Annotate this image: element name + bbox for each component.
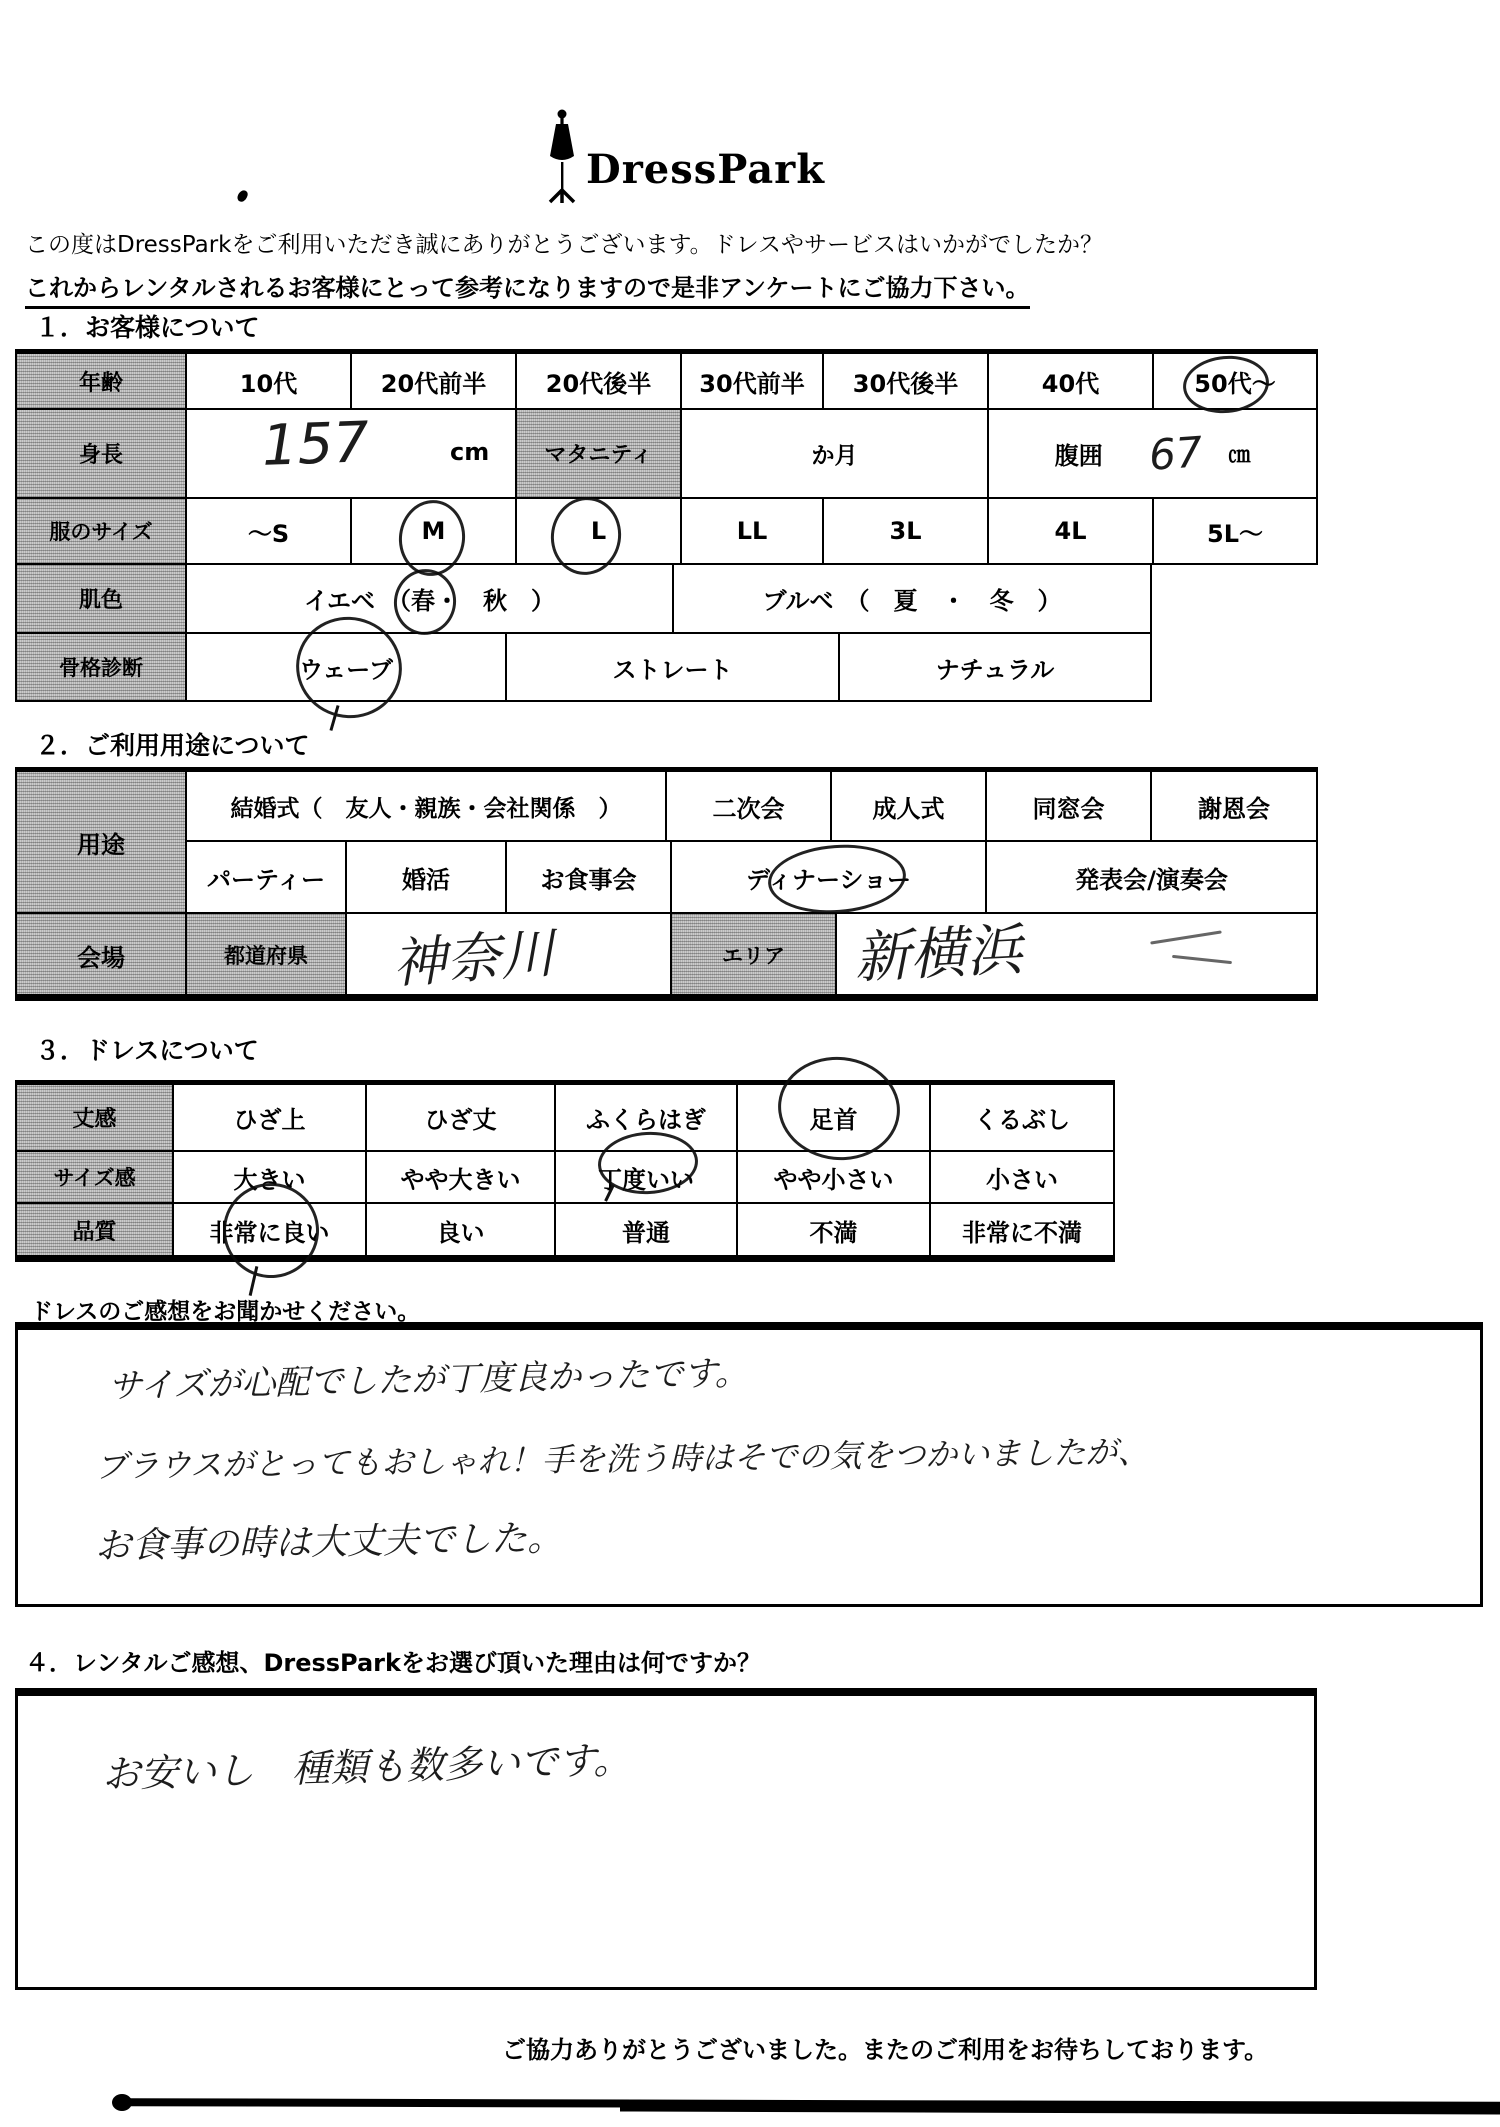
length-above-knee: ひざ上 — [172, 1083, 367, 1152]
size-option-5l: 5L〜 — [1152, 497, 1318, 565]
length-row-label: 丈感 — [15, 1083, 174, 1152]
maternity-months-cell: か月 — [680, 408, 989, 499]
prefecture-label: 都道府県 — [185, 912, 347, 998]
brand-logo-text: DressPark — [586, 146, 825, 193]
bone-option-straight: ストレート — [505, 632, 840, 702]
size-option-s: 〜S — [185, 497, 352, 565]
age-option-40s: 40代 — [987, 352, 1154, 410]
age-option-late20s: 20代後半 — [515, 352, 682, 410]
section3-heading: ３．ドレスについて — [35, 1031, 259, 1067]
size-row-label: 服のサイズ — [15, 497, 187, 565]
venue-row-label: 会場 — [15, 912, 187, 998]
fit-small: 小さい — [929, 1150, 1115, 1204]
footer-thanks: ご協力ありがとうございました。またのご利用をお待ちしております。 — [502, 2030, 1268, 2065]
quality-very-unsatisfied: 非常に不満 — [929, 1202, 1115, 1258]
maternity-label: マタニティ — [515, 408, 682, 499]
section4-heading: ４．レンタルご感想、DressParkをお選び頂いた理由は何ですか？ — [25, 1643, 761, 1678]
age-row-label: 年齢 — [15, 352, 187, 410]
height-unit: cm — [450, 438, 489, 466]
waist-label: 腹囲 — [1055, 436, 1103, 471]
area-label: エリア — [670, 912, 837, 998]
quality-normal: 普通 — [554, 1202, 738, 1258]
size-option-4l: 4L — [987, 497, 1154, 565]
table2-bottom-border — [15, 994, 1318, 1001]
purpose-dinner-party: お食事会 — [505, 840, 672, 914]
survey-page: DressPark この度はDressParkをご利用いただき誠にありがとうござ… — [0, 0, 1500, 2127]
age-option-10s: 10代 — [185, 352, 352, 410]
purpose-recital: 発表会/演奏会 — [985, 840, 1318, 914]
waist-cell: 腹囲 67 ㎝ — [987, 408, 1318, 499]
fit-slightly-large: やや大きい — [365, 1150, 556, 1204]
size-option-3l: 3L — [822, 497, 989, 565]
length-anklebone: くるぶし — [929, 1083, 1115, 1152]
reason-box — [15, 1688, 1317, 1990]
bone-option-natural: ナチュラル — [838, 632, 1152, 702]
intro-line2: これからレンタルされるお客様にとって参考になりますので是非アンケートにご協力下さ… — [25, 268, 1030, 309]
purpose-konkatsu: 婚活 — [345, 840, 507, 914]
skin-row-label: 肌色 — [15, 563, 187, 634]
purpose-wedding: 結婚式（ 友人・親族・会社関係 ） — [185, 770, 667, 842]
quality-unsatisfied: 不満 — [736, 1202, 931, 1258]
purpose-thanks-party: 謝恩会 — [1150, 770, 1318, 842]
handwritten-prefecture: 神奈川 — [390, 910, 557, 998]
quality-row-label: 品質 — [15, 1202, 174, 1258]
handwritten-comment-line3: お食事の時は大丈夫でした。 — [95, 1510, 564, 1569]
purpose-afterparty: 二次会 — [665, 770, 832, 842]
intro-line1: この度はDressParkをご利用いただき誠にありがとうございます。ドレスやサー… — [25, 226, 1103, 259]
ink-speck — [236, 189, 249, 204]
length-knee: ひざ丈 — [365, 1083, 556, 1152]
purpose-coming-of-age: 成人式 — [830, 770, 987, 842]
purpose-reunion: 同窓会 — [985, 770, 1152, 842]
age-option-early30s: 30代前半 — [680, 352, 824, 410]
size-option-ll: LL — [680, 497, 824, 565]
table3-bottom-border — [15, 1255, 1115, 1262]
handwritten-height: 157 — [261, 410, 370, 479]
section1-heading: １．お客様について — [35, 308, 260, 344]
dress-mannequin-icon — [545, 108, 579, 204]
height-row-label: 身長 — [15, 408, 187, 499]
skin-option-bluebase: ブルベ （ 夏 ・ 冬 ） — [672, 563, 1152, 634]
waist-unit: ㎝ — [1228, 438, 1250, 469]
age-option-late30s: 30代後半 — [822, 352, 989, 410]
bone-row-label: 骨格診断 — [15, 632, 187, 702]
age-option-early20s: 20代前半 — [350, 352, 517, 410]
purpose-row-label: 用途 — [15, 770, 187, 914]
handwritten-area: 新横浜 — [852, 906, 1024, 995]
quality-good: 良い — [365, 1202, 556, 1258]
fit-row-label: サイズ感 — [15, 1150, 174, 1204]
purpose-party: パーティー — [185, 840, 347, 914]
section2-heading: ２．ご利用用途について — [35, 726, 310, 762]
handwritten-waist: 67 — [1147, 427, 1204, 480]
